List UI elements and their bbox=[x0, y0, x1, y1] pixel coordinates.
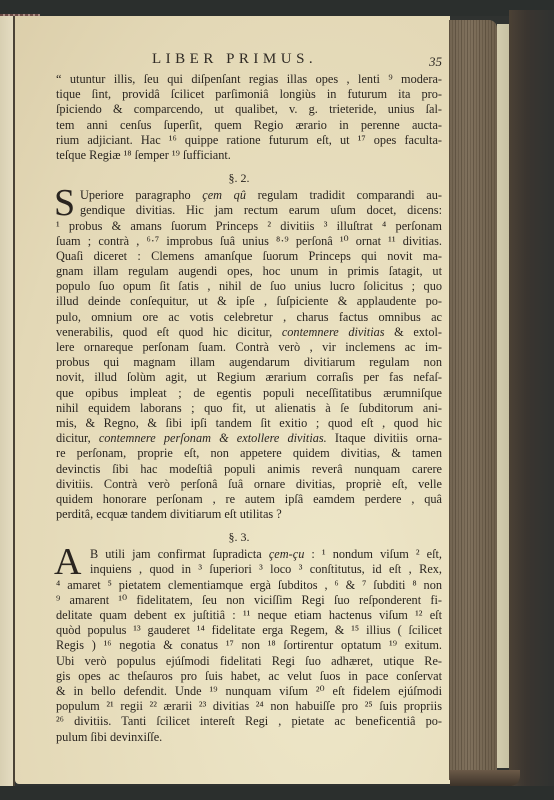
text-line: B utili jam confirmat ſupradicta çem-çu … bbox=[56, 547, 442, 562]
text-line: que opibus impleat ; de egentis populi n… bbox=[56, 386, 442, 401]
text-line: novit, illud ſolùm agit, ut Regium ærari… bbox=[56, 370, 442, 385]
text-line: populo ſuo opum ſit ſatis , nihil de ſuo… bbox=[56, 279, 442, 294]
text-line: ¹ probus & amans ſuorum Princeps ² divit… bbox=[56, 219, 442, 234]
text-line: ⁹ amarent ¹⁰ fidelitatem, ſeu non viciſſ… bbox=[56, 593, 442, 608]
page-fore-edge bbox=[449, 20, 497, 780]
text-line: rium adjiciant. Hac ¹⁶ quippe ratione fu… bbox=[56, 133, 442, 148]
text-line: nihil equidem laborans ; quo fit, ut ali… bbox=[56, 401, 442, 416]
text-line: gendique divitias. Hic jam rectum earum … bbox=[56, 203, 442, 218]
text-line: & in bello defendit. Unde ¹⁹ nunquam viſ… bbox=[56, 684, 442, 699]
text-line: dicitur, contemnere perſonam & extollere… bbox=[56, 431, 442, 446]
section-heading-2: §. 2. bbox=[56, 170, 442, 187]
left-page-sliver bbox=[0, 16, 13, 786]
text-line: devinctis ſibi hac modeſtiâ populi animi… bbox=[56, 462, 442, 477]
section-heading-3: §. 3. bbox=[56, 529, 442, 546]
text-line: re perſonam, proprie eſt, non appetere q… bbox=[56, 446, 442, 461]
section-2-paragraph: S Uperiore paragrapho çem qû regulam tra… bbox=[56, 188, 442, 522]
running-head: LIBER PRIMUS. 35 bbox=[56, 52, 442, 72]
text-line: quidem honorare perſonam , re autem ipſâ… bbox=[56, 492, 442, 507]
section-3-paragraph: A B utili jam confirmat ſupradicta çem-ç… bbox=[56, 547, 442, 744]
text-line: probus qui magnam illam augendarum divit… bbox=[56, 355, 442, 370]
page-text-block: LIBER PRIMUS. 35 “ utuntur illis, ſeu qu… bbox=[56, 52, 442, 745]
cover-board-edge bbox=[497, 24, 509, 768]
page-number: 35 bbox=[429, 54, 442, 69]
text-line: ⁴ amaret ⁵ pietatem clementiamque ergà ſ… bbox=[56, 578, 442, 593]
text-line: venerabilis, quod eſt quod hic dicitur, … bbox=[56, 325, 442, 340]
text-line: gis opes ac theſauros pro ſuis habet, ac… bbox=[56, 669, 442, 684]
text-line: teſque Regiæ ¹⁸ ſemper ¹⁹ ſufficiant. bbox=[56, 148, 442, 163]
cover-outer bbox=[509, 10, 554, 792]
text-line: delitate quam debent ex juſtitiâ : ¹¹ ne… bbox=[56, 608, 442, 623]
text-line: pulo, omnium ore ac votis celebretur , c… bbox=[56, 310, 442, 325]
text-line: Uperiore paragrapho çem qû regulam tradi… bbox=[56, 188, 442, 203]
running-title: LIBER PRIMUS. bbox=[152, 52, 317, 67]
scanner-background-top bbox=[0, 0, 554, 16]
text-line: tem anni cenſus ſuperſit, quem Regio æra… bbox=[56, 118, 442, 133]
text-line: mis, & Regno, & ſibi ipſi tandem ſit exi… bbox=[56, 416, 442, 431]
drop-cap-a: A bbox=[54, 546, 81, 578]
text-line: “ utuntur illis, ſeu qui diſpenſant regi… bbox=[56, 72, 442, 87]
text-line: tique ſint, providâ ſcilicet parſimoniâ … bbox=[56, 87, 442, 102]
text-line: populum ²¹ regii ²² ærarii ²³ divitias ²… bbox=[56, 699, 442, 714]
text-line: ſpiciendo & comparcendo, ut qualibet, v.… bbox=[56, 102, 442, 117]
text-line: Ubi verò populus ejúſmodi fidelitati Reg… bbox=[56, 654, 442, 669]
text-line: Quaſi diceret : Clemens amanſque ſuorum … bbox=[56, 249, 442, 264]
text-line: illud deinde conſequitur, ut & ipſe , ſu… bbox=[56, 294, 442, 309]
text-line: pulum ſibi devinxiſſe. bbox=[56, 730, 442, 745]
text-line: divitiis. Contrà verò perſonâ ſuâ ornare… bbox=[56, 477, 442, 492]
text-line: perditâ, ecquæ tandem divitiarum eſt uti… bbox=[56, 507, 442, 522]
text-line: quòd populus ¹³ gauderet ¹⁴ fidelitate e… bbox=[56, 623, 442, 638]
cover-corner bbox=[450, 770, 520, 786]
text-line: lere ornareque perſonam ſuam. Contrà ver… bbox=[56, 340, 442, 355]
drop-cap-s: S bbox=[54, 187, 75, 219]
text-line: ²⁶ divitiis. Tanti ſcilicet intereſt Reg… bbox=[56, 714, 442, 729]
text-line: inquiens , quod in ³ ſuperiori ³ loco ³ … bbox=[56, 562, 442, 577]
text-line: ſuam ; contrà , ⁶·⁷ improbus ſuâ unius ⁸… bbox=[56, 234, 442, 249]
text-line: gnam illam regulam augendi opes, hoc unu… bbox=[56, 264, 442, 279]
paragraph-continuation: “ utuntur illis, ſeu qui diſpenſant regi… bbox=[56, 72, 442, 163]
scanner-background-bottom bbox=[0, 786, 554, 800]
text-line: Regis ) ¹⁶ negotia & conatus ¹⁷ non ¹⁸ ſ… bbox=[56, 638, 442, 653]
